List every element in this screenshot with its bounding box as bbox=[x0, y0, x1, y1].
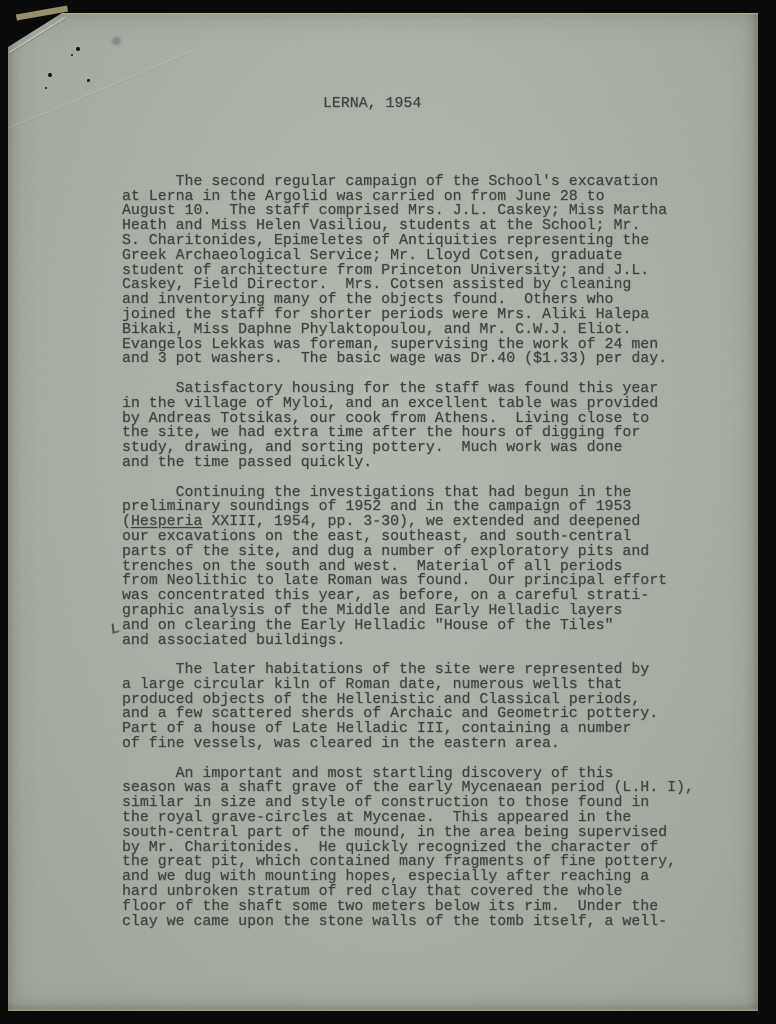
text-line: hard unbroken stratum of red clay that c… bbox=[122, 885, 742, 900]
text-line: and associated buildings. bbox=[122, 634, 742, 649]
text-line: parts of the site, and dug a number of e… bbox=[122, 545, 742, 560]
text-line: and we dug with mounting hopes, especial… bbox=[122, 870, 742, 885]
text-line: similar in size and style of constructio… bbox=[122, 796, 742, 811]
text-line: south-central part of the mound, in the … bbox=[122, 826, 742, 841]
paper-bottom-edge bbox=[8, 1008, 758, 1011]
text-line: The later habitations of the site were r… bbox=[122, 663, 742, 678]
paragraph: The later habitations of the site were r… bbox=[122, 663, 742, 752]
ink-smudge bbox=[112, 37, 121, 45]
paper-top-edge bbox=[52, 13, 758, 15]
text-line: Caskey, Field Director. Mrs. Cotsen assi… bbox=[122, 278, 742, 293]
text-line: in the village of Myloi, and an excellen… bbox=[122, 397, 742, 412]
text-line: August 10. The staff comprised Mrs. J.L.… bbox=[122, 204, 742, 219]
text-line: S. Charitonides, Epimeletes of Antiquiti… bbox=[122, 234, 742, 249]
text-line: Greek Archaeological Service; Mr. Lloyd … bbox=[122, 249, 742, 264]
text-line: was concentrated this year, as before, o… bbox=[122, 589, 742, 604]
text-line: and inventorying many of the objects fou… bbox=[122, 293, 742, 308]
text-line: Satisfactory housing for the staff was f… bbox=[122, 382, 742, 397]
text-line: and 3 pot washers. The basic wage was Dr… bbox=[122, 352, 742, 367]
paper-speck bbox=[48, 73, 52, 77]
paper-speck bbox=[87, 79, 90, 82]
text-line: (Hesperia XXIII, 1954, pp. 3-30), we ext… bbox=[122, 515, 742, 530]
text-line: clay we came upon the stone walls of the… bbox=[122, 915, 742, 930]
text-line: the site, we had extra time after the ho… bbox=[122, 426, 742, 441]
scan-background: LERNA, 1954 The second regular campaign … bbox=[0, 0, 776, 1024]
text-line: study, drawing, and sorting pottery. Muc… bbox=[122, 441, 742, 456]
text-line: Heath and Miss Helen Vasiliou, students … bbox=[122, 219, 742, 234]
text-line: The second regular campaign of the Schoo… bbox=[122, 175, 742, 190]
text-line: floor of the shaft some two meters below… bbox=[122, 900, 742, 915]
paragraph: Continuing the investigations that had b… bbox=[122, 486, 742, 649]
paper: LERNA, 1954 The second regular campaign … bbox=[8, 13, 758, 1011]
paragraph: Satisfactory housing for the staff was f… bbox=[122, 382, 742, 471]
paper-speck bbox=[76, 47, 80, 51]
text-line: a large circular kiln of Roman date, num… bbox=[122, 678, 742, 693]
document-body: The second regular campaign of the Schoo… bbox=[122, 175, 742, 930]
text-line: from Neolithic to late Roman was found. … bbox=[122, 574, 742, 589]
text-line: the royal grave-circles at Mycenae. This… bbox=[122, 811, 742, 826]
paragraph: The second regular campaign of the Schoo… bbox=[122, 175, 742, 367]
paper-speck bbox=[71, 54, 73, 56]
paper-speck bbox=[45, 87, 47, 89]
text-line: and on clearing the Early Helladic "Hous… bbox=[122, 619, 742, 634]
text-line: joined the staff for shorter periods wer… bbox=[122, 308, 742, 323]
text-line: of fine vessels, was cleared in the east… bbox=[122, 737, 742, 752]
text-line: our excavations on the east, southeast, … bbox=[122, 530, 742, 545]
text-line: and the time passed quickly. bbox=[122, 456, 742, 471]
document-text: LERNA, 1954 The second regular campaign … bbox=[122, 97, 742, 944]
margin-pencil-mark bbox=[112, 622, 120, 634]
document-title: LERNA, 1954 bbox=[323, 97, 742, 112]
text-line: graphic analysis of the Middle and Early… bbox=[122, 604, 742, 619]
corner-cut-crease bbox=[9, 17, 66, 53]
paragraph: An important and most startling discover… bbox=[122, 767, 742, 930]
text-line: Bikaki, Miss Daphne Phylaktopoulou, and … bbox=[122, 323, 742, 338]
text-line: Part of a house of Late Helladic III, co… bbox=[122, 722, 742, 737]
text-line: preliminary soundings of 1952 and in the… bbox=[122, 500, 742, 515]
